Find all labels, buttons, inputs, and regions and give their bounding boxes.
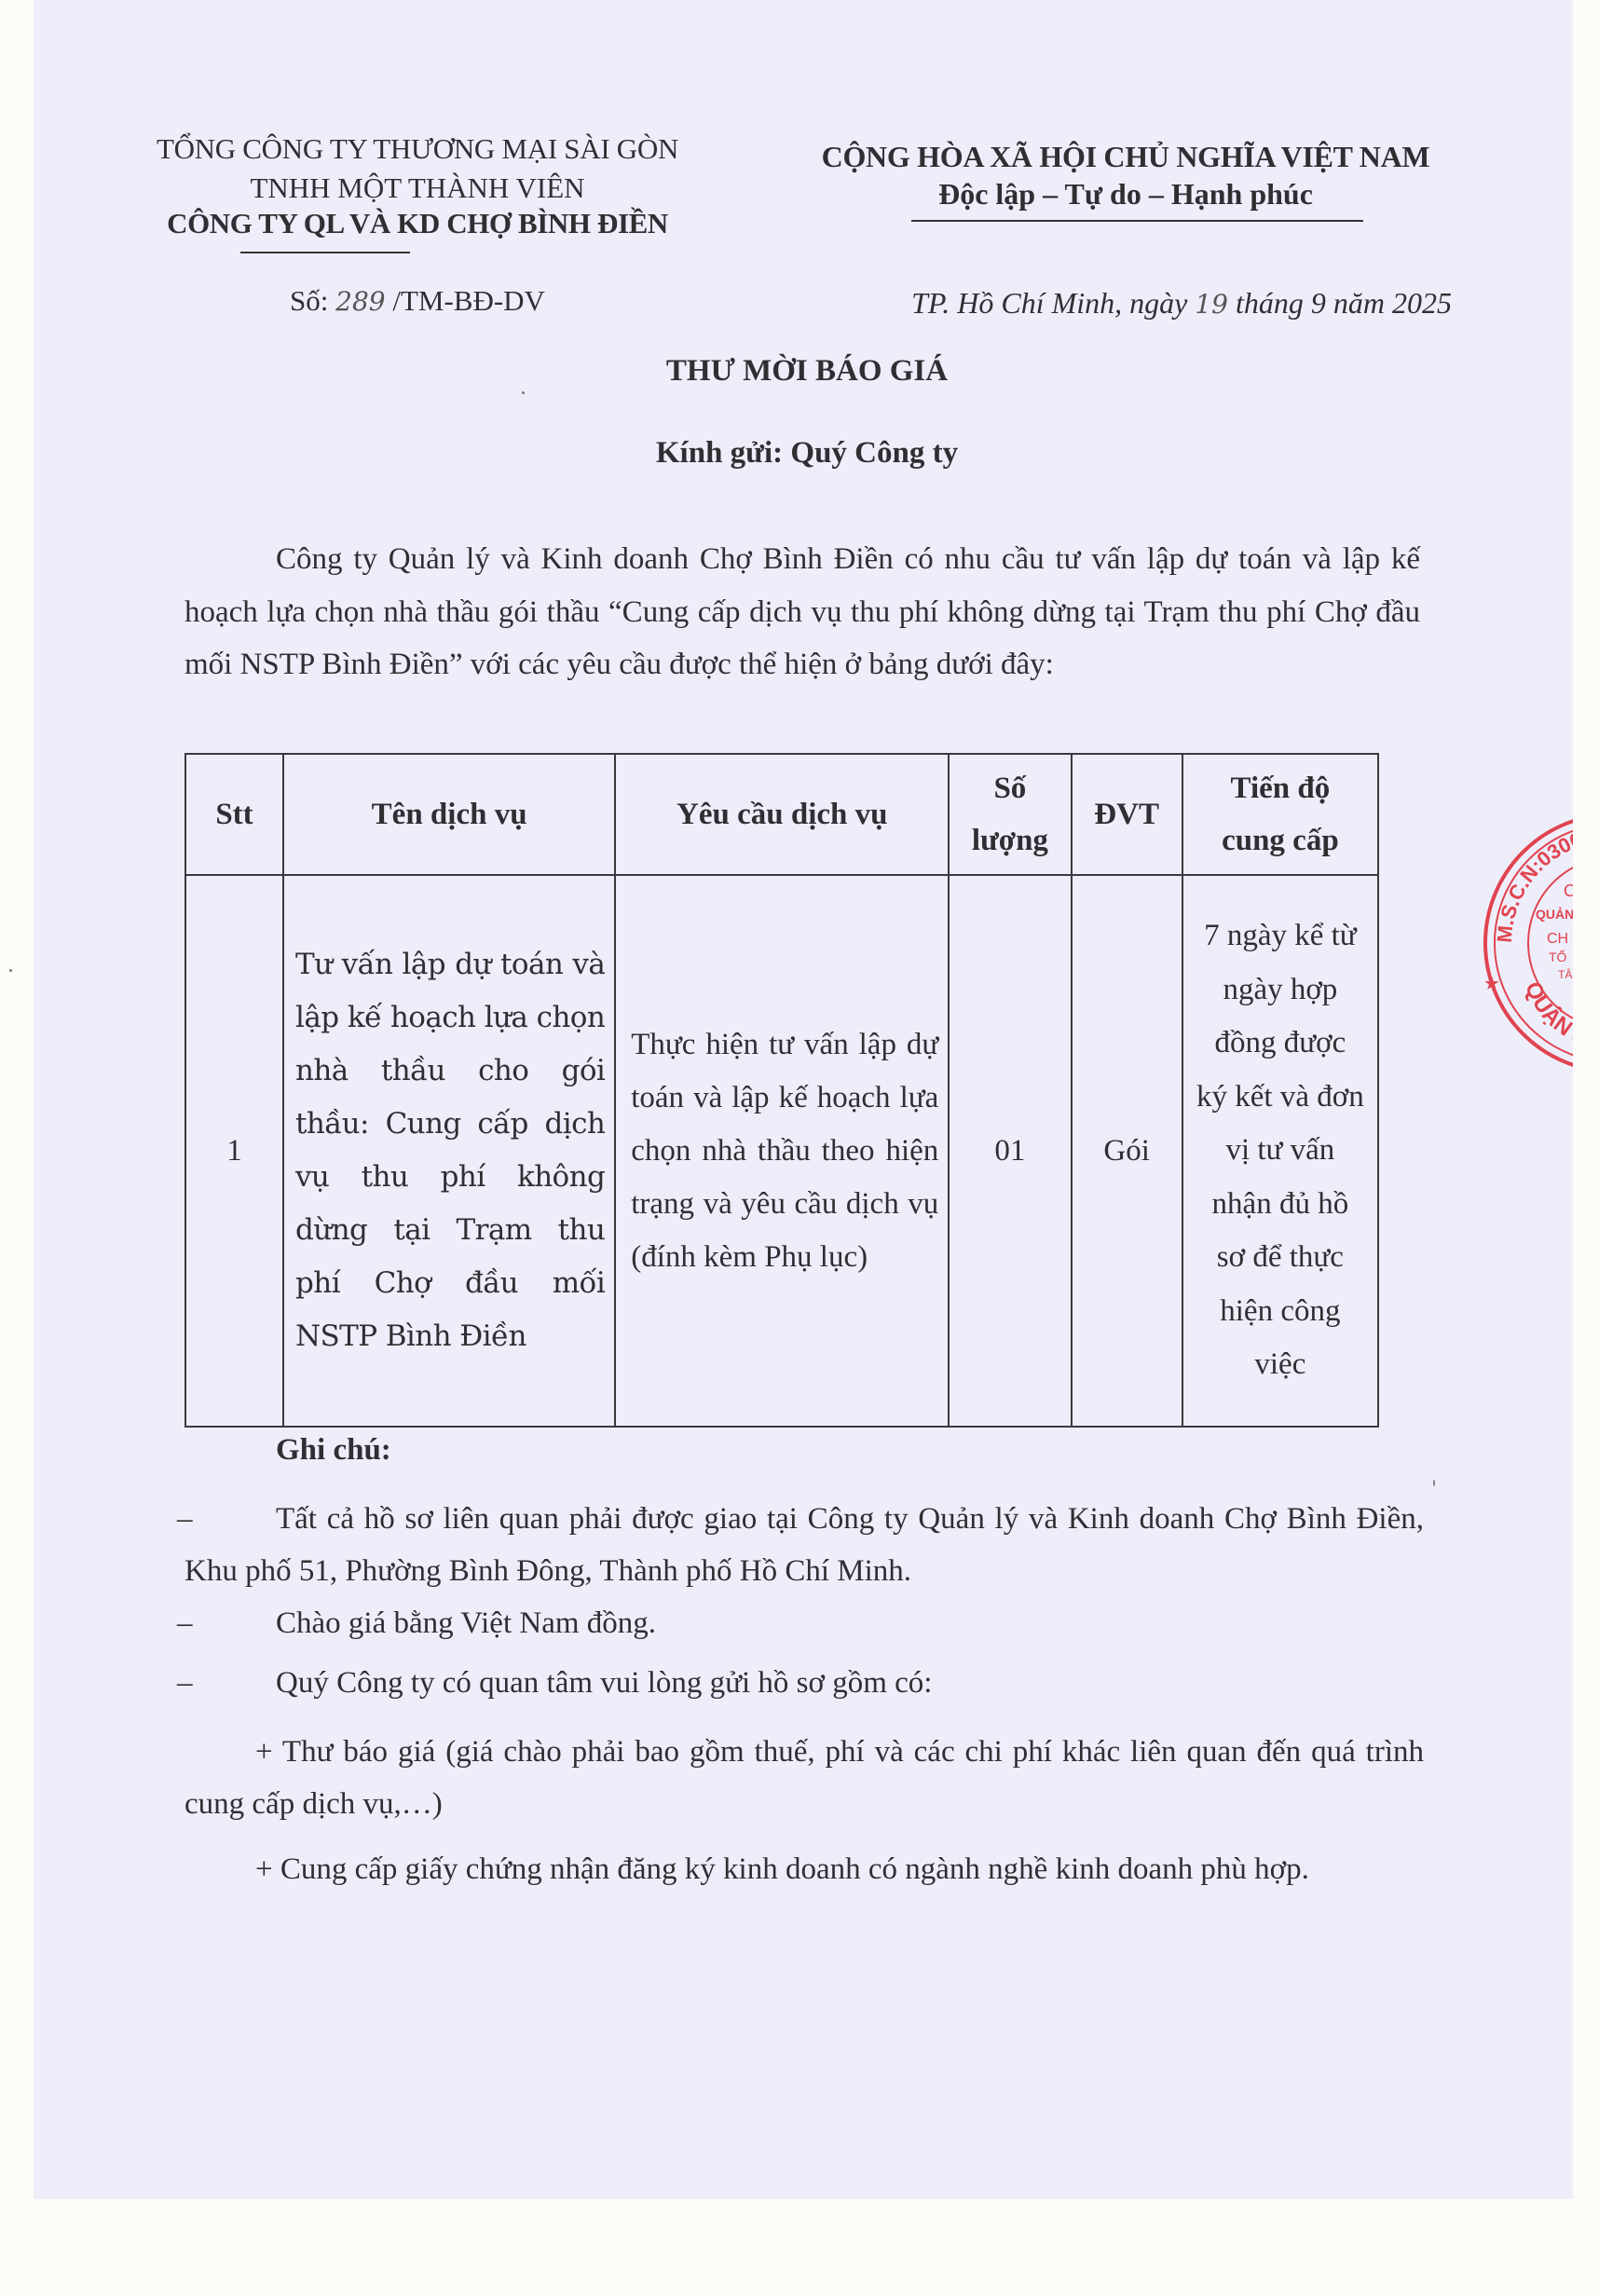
header-quantity-line2: lượng [972,824,1048,857]
greeting: Kính gửi: Quý Công ty [34,436,1580,471]
national-motto: Độc lập – Tự do – Hạnh phúc [781,177,1470,212]
header-quantity-line1: Số [993,772,1026,805]
note-item: – Tất cả hồ sơ liên quan phải được giao … [184,1493,1424,1597]
note-text: Chào giá bằng Việt Nam đồng. [184,1597,1424,1649]
header-service-name: Tên dịch vụ [283,754,615,875]
requirement-text: Thực hiện tư vấn lập dự toán và lập kế h… [616,1018,948,1284]
note-dash-marker: – [177,1493,193,1545]
place-date-suffix: tháng 9 năm 2025 [1228,286,1452,320]
header-quantity: Sốlượng [949,754,1071,875]
note-subitem-text: + Cung cấp giấy chứng nhận đăng ký kinh … [184,1843,1424,1895]
service-table: Stt Tên dịch vụ Yêu cầu dịch vụ Sốlượng … [184,753,1379,1428]
note-dash-marker: – [177,1597,193,1649]
document-number: Số: 289 /TM-BĐ-DV [119,284,716,318]
motto-underline [911,220,1363,222]
svg-text:TỔ: TỔ [1549,949,1567,964]
svg-text:TÂ: TÂ [1558,967,1572,981]
org-underline [240,252,410,253]
note-subitem-text: + Thư báo giá (giá chào phải bao gồm thu… [184,1726,1424,1830]
place-and-date: TP. Hồ Chí Minh, ngày 19 tháng 9 năm 202… [781,286,1452,321]
note-subitem: + Cung cấp giấy chứng nhận đăng ký kinh … [184,1843,1424,1895]
cell-service-name: Tư vấn lập dự toán và lập kế hoạch lựa c… [283,875,615,1427]
table-row: 1 Tư vấn lập dự toán và lập kế hoạch lựa… [185,875,1378,1427]
note-text: Tất cả hồ sơ liên quan phải được giao tạ… [184,1493,1424,1597]
header-progress-line2: cung cấp [1222,824,1339,857]
parent-org-line1: TỔNG CÔNG TY THƯƠNG MẠI SÀI GÒN [119,132,716,166]
scan-speck [1433,1480,1435,1486]
service-name-text: Tư vấn lập dự toán và lập kế hoạch lựa c… [284,933,614,1369]
note-text: Quý Công ty có quan tâm vui lòng gửi hồ … [184,1657,1424,1709]
doc-number-prefix: Số: [290,284,335,317]
header-progress: Tiến độcung cấp [1182,754,1378,875]
intro-paragraph: Công ty Quản lý và Kinh doanh Chợ Bình Đ… [184,533,1420,691]
svg-text:CH: CH [1547,931,1568,947]
scan-speck [522,391,525,394]
header-stt: Stt [185,754,283,875]
issuing-org-name: CÔNG TY QL VÀ KD CHỢ BÌNH ĐIỀN [110,207,725,240]
progress-text: 7 ngày kể từ ngày hợp đồng được ký kết v… [1183,902,1377,1400]
note-item: – Quý Công ty có quan tâm vui lòng gửi h… [184,1657,1424,1709]
place-date-prefix: TP. Hồ Chí Minh, ngày [911,286,1195,320]
nation-title: CỘNG HÒA XÃ HỘI CHỦ NGHĨA VIỆT NAM [781,140,1470,174]
header-unit: ĐVT [1072,754,1182,875]
doc-number-handwritten: 289 [335,286,385,317]
note-subitem: + Thư báo giá (giá chào phải bao gồm thu… [184,1726,1424,1830]
document-title: THƯ MỜI BÁO GIÁ [34,354,1580,389]
cell-requirement: Thực hiện tư vấn lập dự toán và lập kế h… [615,875,949,1427]
notes-heading: Ghi chú: [276,1433,391,1468]
cell-quantity: 01 [949,875,1071,1427]
note-dash-marker: – [177,1657,193,1709]
header-progress-line1: Tiến độ [1231,772,1331,805]
cell-unit: Gói [1072,875,1182,1427]
header-requirement: Yêu cầu dịch vụ [615,754,949,875]
note-item: – Chào giá bằng Việt Nam đồng. [184,1597,1424,1649]
scan-border-bottom [0,2199,1599,2296]
cell-stt: 1 [185,875,283,1427]
table-header-row: Stt Tên dịch vụ Yêu cầu dịch vụ Sốlượng … [185,754,1378,875]
day-handwritten: 19 [1195,289,1228,320]
svg-text:★: ★ [1483,974,1500,994]
scan-speck [9,969,12,972]
scan-border-right [1573,0,1599,2296]
cell-progress: 7 ngày kể từ ngày hợp đồng được ký kết v… [1182,875,1378,1427]
parent-org-line2: TNHH MỘT THÀNH VIÊN [119,171,716,205]
doc-number-suffix: /TM-BĐ-DV [386,284,545,317]
